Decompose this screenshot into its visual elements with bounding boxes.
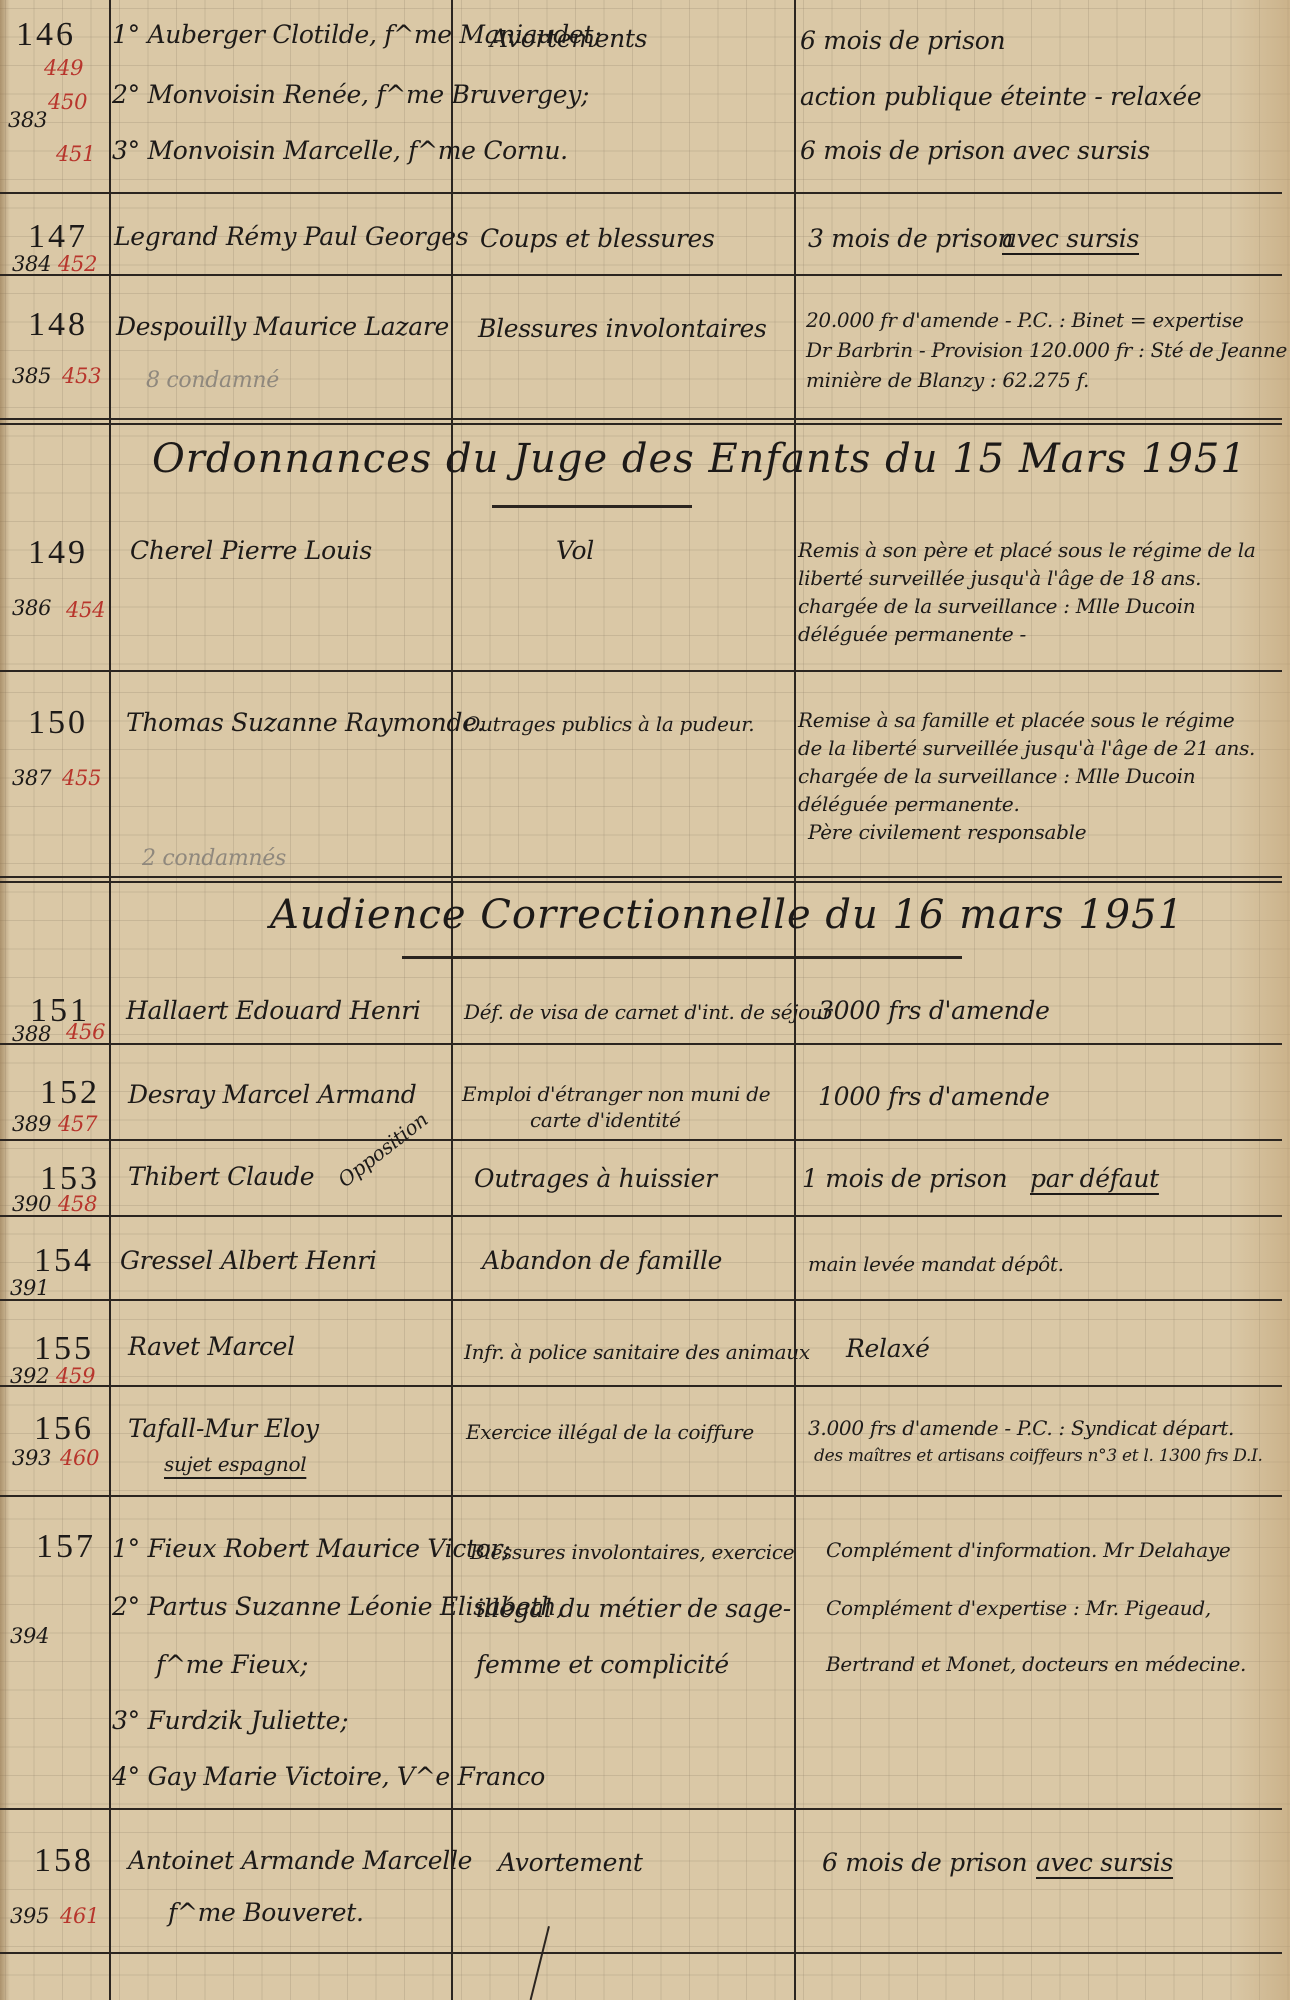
section-title-audience: Audience Correctionnelle du 16 mars 1951 (270, 892, 1184, 938)
decision-line: minière de Blanzy : 62.275 f. (806, 368, 1089, 392)
decision-line: chargée de la surveillance : Mlle Ducoin (798, 594, 1195, 618)
offense: Blessures involontaires (478, 314, 767, 343)
defendant-name: Thibert Claude (128, 1162, 314, 1191)
offense: Outrages à huissier (474, 1164, 717, 1193)
black-reference: 385 (12, 364, 51, 388)
decision-line: 3000 frs d'amende (818, 996, 1050, 1025)
decision-line: déléguée permanente - (798, 622, 1026, 646)
black-reference: 387 (12, 766, 51, 790)
decision-line: 6 mois de prison (822, 1848, 1027, 1877)
red-reference: 451 (56, 142, 95, 166)
margin-note-opposition: Opposition (333, 1107, 432, 1192)
black-reference: 386 (12, 596, 51, 620)
defendant-name: Hallaert Edouard Henri (126, 996, 421, 1025)
row-rule (0, 1215, 1282, 1217)
page-left-edge (0, 0, 10, 2000)
black-reference: 391 (10, 1276, 49, 1300)
red-reference: 458 (58, 1192, 97, 1216)
row-rule (0, 1495, 1282, 1497)
black-reference: 392 (10, 1364, 49, 1388)
page-right-edge (1230, 0, 1290, 2000)
row-rule (0, 1385, 1282, 1387)
decision-line: 1000 frs d'amende (818, 1082, 1050, 1111)
column-rule-name (451, 0, 453, 2000)
row-rule (0, 1043, 1282, 1045)
offense-line: femme et complicité (476, 1650, 729, 1679)
decision-line: Père civilement responsable (808, 820, 1086, 844)
decision-underlined: avec sursis (1002, 224, 1139, 253)
defendant-name: Ravet Marcel (128, 1332, 295, 1361)
defendant-name: 1° Fieux Robert Maurice Victor; (112, 1534, 510, 1563)
decision-line: Dr Barbrin - Provision 120.000 fr : Sté … (806, 338, 1287, 362)
title-underline (492, 505, 692, 508)
decision-line: 6 mois de prison avec sursis (800, 136, 1150, 165)
section-rule (0, 418, 1282, 420)
decision-line: 3 mois de prison (808, 224, 1013, 253)
offense: Exercice illégal de la coiffure (466, 1420, 754, 1444)
row-rule (0, 1299, 1282, 1301)
entry-number: 154 (34, 1242, 94, 1280)
pencil-note: 8 condamné (146, 368, 279, 393)
entry-number: 155 (34, 1330, 94, 1368)
entry-number: 149 (28, 534, 88, 572)
black-reference: 394 (10, 1624, 49, 1648)
entry-number: 150 (28, 704, 88, 742)
black-reference: 388 (12, 1022, 51, 1046)
decision-line: de la liberté surveillée jusqu'à l'âge d… (798, 736, 1255, 760)
row-rule (0, 1808, 1282, 1810)
black-reference: 393 (12, 1446, 51, 1470)
decision-underlined: avec sursis (1036, 1848, 1173, 1877)
black-reference: 383 (8, 108, 47, 132)
entry-number: 156 (34, 1410, 94, 1448)
offense: Vol (556, 536, 594, 565)
offense-line: carte d'identité (530, 1108, 681, 1132)
red-reference: 460 (60, 1446, 99, 1470)
offense: Avortements (490, 24, 647, 53)
entry-number: 148 (28, 306, 88, 344)
decision-line: liberté surveillée jusqu'à l'âge de 18 a… (798, 566, 1201, 590)
pencil-note: 2 condamnés (142, 846, 286, 871)
decision-line: Remise à sa famille et placée sous le ré… (798, 708, 1234, 732)
defendant-name: Legrand Rémy Paul Georges (114, 222, 468, 251)
register-page: 146 449 450 383 451 1° Auberger Clotilde… (0, 0, 1290, 2000)
title-underline (402, 956, 962, 959)
decision-line: 6 mois de prison (800, 26, 1005, 55)
offense: Déf. de visa de carnet d'int. de séjour (464, 1000, 832, 1024)
row-rule (0, 274, 1282, 276)
defendant-name: 4° Gay Marie Victoire, V^e Franco (112, 1762, 545, 1791)
defendant-name: 3° Monvoisin Marcelle, f^me Cornu. (112, 136, 568, 165)
offense: Outrages publics à la pudeur. (464, 712, 754, 736)
decision-line: Remis à son père et placé sous le régime… (798, 538, 1256, 562)
red-reference: 449 (44, 56, 83, 80)
black-reference: 384 (12, 252, 51, 276)
decision-line: Complément d'information. Mr Delahaye (826, 1538, 1230, 1562)
defendant-name: Cherel Pierre Louis (130, 536, 372, 565)
decision-line: Complément d'expertise : Mr. Pigeaud, (826, 1596, 1211, 1620)
defendant-name: Gressel Albert Henri (120, 1246, 377, 1275)
black-reference: 395 (10, 1904, 49, 1928)
decision-line: Relaxé (846, 1334, 930, 1363)
black-reference: 390 (12, 1192, 51, 1216)
red-reference: 454 (66, 598, 105, 622)
defendant-name: f^me Bouveret. (168, 1898, 364, 1927)
nationality-note: sujet espagnol (164, 1452, 306, 1476)
decision-line: 1 mois de prison (802, 1164, 1007, 1193)
defendant-name: Thomas Suzanne Raymonde. (126, 708, 484, 737)
row-rule (0, 192, 1282, 194)
entry-number: 147 (28, 218, 88, 256)
defendant-name: 2° Monvoisin Renée, f^me Bruvergey; (112, 80, 589, 109)
offense: Infr. à police sanitaire des animaux (464, 1340, 810, 1364)
defendant-name: Antoinet Armande Marcelle (128, 1846, 472, 1875)
decision-line: chargée de la surveillance : Mlle Ducoin (798, 764, 1195, 788)
red-reference: 452 (58, 252, 97, 276)
decision-line: 3.000 frs d'amende - P.C. : Syndicat dép… (808, 1416, 1234, 1440)
decision-line: main levée mandat dépôt. (808, 1252, 1064, 1276)
row-rule (0, 670, 1282, 672)
red-reference: 461 (60, 1904, 99, 1928)
red-reference: 456 (66, 1020, 105, 1044)
entry-number: 157 (36, 1528, 96, 1566)
offense: Abandon de famille (482, 1246, 722, 1275)
offense-line: illégal du métier de sage- (476, 1594, 791, 1623)
offense: Coups et blessures (480, 224, 715, 253)
offense-line: Blessures involontaires, exercice (470, 1540, 794, 1564)
decision-line: des maîtres et artisans coiffeurs n°3 et… (814, 1446, 1263, 1466)
decision-line: action publique éteinte - relaxée (800, 82, 1201, 111)
decision-line: déléguée permanente. (798, 792, 1020, 816)
row-rule (0, 1139, 1282, 1141)
entry-number: 158 (34, 1842, 94, 1880)
row-rule (0, 1952, 1282, 1954)
offense-line: Emploi d'étranger non muni de (462, 1082, 770, 1106)
defendant-name: f^me Fieux; (156, 1650, 308, 1679)
black-reference: 389 (12, 1112, 51, 1136)
entry-number: 152 (40, 1074, 100, 1112)
defendant-name: 3° Furdzik Juliette; (112, 1706, 348, 1735)
offense: Avortement (498, 1848, 643, 1877)
red-reference: 455 (62, 766, 101, 790)
red-reference: 457 (58, 1112, 97, 1136)
column-rule-number (109, 0, 111, 2000)
decision-line: Bertrand et Monet, docteurs en médecine. (826, 1652, 1246, 1676)
decision-line: 20.000 fr d'amende - P.C. : Binet = expe… (806, 308, 1244, 332)
red-reference: 453 (62, 364, 101, 388)
red-reference: 459 (56, 1364, 95, 1388)
section-rule (0, 876, 1282, 878)
defendant-name: Despouilly Maurice Lazare (116, 312, 449, 341)
defendant-name: Desray Marcel Armand (128, 1080, 417, 1109)
decision-underlined: par défaut (1030, 1164, 1159, 1193)
red-reference: 450 (48, 90, 87, 114)
pen-stroke (530, 1926, 550, 2000)
defendant-name: Tafall-Mur Eloy (128, 1414, 319, 1443)
section-title-ordonnances: Ordonnances du Juge des Enfants du 15 Ma… (152, 436, 1247, 482)
entry-number: 146 (16, 16, 76, 54)
